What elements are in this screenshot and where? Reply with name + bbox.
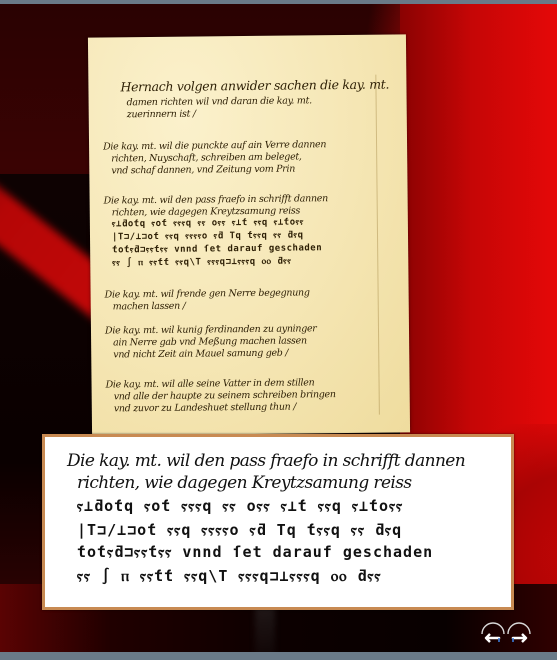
back-button[interactable] bbox=[480, 620, 506, 646]
detail-cipher-line: ⲋ⊥ƌoƭq ⲋoƭ ⲋⲋⲋq ⲋⲋ oⲋⲋ ⲋ⊥ƭ ⲋⲋq ⲋ⊥ƭoⲋⲋ bbox=[77, 497, 403, 515]
manuscript-line: ain Nerre gab vnd Meßung machen lassen bbox=[113, 335, 307, 348]
forward-button[interactable] bbox=[506, 620, 532, 646]
magnified-detail-panel: Die kay. mt. wil den pass fraefo in schr… bbox=[42, 434, 514, 610]
manuscript-line: Die kay. mt. wil alle seine Vatter in de… bbox=[106, 377, 315, 390]
detail-cipher-line: ⲋⲋ ∫ ⲡ ⲋⲋƭƭ ⲋⲋq\T ⲋⲋⲋq⊐⊥ⲋⲋⲋq ⲟⲟ ƌⲋⲋ bbox=[77, 567, 382, 585]
manuscript-line: vnd nicht Zeit ain Mauel samung geb / bbox=[113, 348, 288, 361]
curved-arrow-right-icon bbox=[506, 620, 532, 646]
detail-line: Die kay. mt. wil den pass fraefo in schr… bbox=[67, 451, 465, 471]
manuscript-line: Die kay. mt. wil kunig ferdinanden zu ay… bbox=[105, 323, 317, 336]
manuscript-line: Die kay. mt. wil die punckte auf ain Ver… bbox=[103, 139, 326, 152]
manuscript-line: Die kay. mt. wil frende gen Nerre begegn… bbox=[105, 287, 310, 300]
manuscript-cipher-line: ⲋ⊥ƌoƭq ⲋoƭ ⲋⲋⲋq ⲋⲋ oⲋⲋ ⲋ⊥ƭ ⲋⲋq ⲋ⊥ƭoⲋⲋ bbox=[112, 217, 304, 229]
bottom-chrome-bar bbox=[0, 652, 557, 660]
manuscript-line: richten, wie dagegen Kreytzsamung reiss bbox=[112, 205, 300, 218]
manuscript-line: damen richten wil vnd daran die kay. mt. bbox=[127, 95, 312, 108]
curved-arrow-left-icon bbox=[480, 620, 506, 646]
manuscript-line: machen lassen / bbox=[113, 301, 186, 313]
manuscript-line: richten, Nuyschaft, schreiben am beleget… bbox=[111, 151, 302, 164]
manuscript-line: vnd zuvor zu Landeshuet stellung thun / bbox=[114, 402, 296, 415]
slide-stage: Hernach volgen anwider sachen die kay. m… bbox=[0, 4, 557, 652]
manuscript-cipher-line: ⲋⲋ ∫ ⲡ ⲋⲋƭƭ ⲋⲋq\T ⲋⲋⲋq⊐⊥ⲋⲋⲋq ⲟⲟ ƌⲋⲋ bbox=[112, 257, 291, 269]
manuscript-page: Hernach volgen anwider sachen die kay. m… bbox=[88, 34, 410, 435]
detail-line: richten, wie dagegen Kreytzsamung reiss bbox=[77, 473, 412, 493]
manuscript-cipher-line: |T⊐/⊥⊐oƭ ⲋⲋq ⲋⲋⲋⲋo ⲋƌ Tq ƭⲋⲋq ⲋⲋ ƌⲋq bbox=[112, 230, 304, 242]
manuscript-line: zuerinnern ist / bbox=[127, 109, 196, 121]
detail-cipher-line: ƭoƭⲋƌ⊐ⲋⲋƭⲋⲋ vnnd ſet darauf geschaden bbox=[77, 543, 433, 561]
detail-cipher-line: |T⊐/⊥⊐oƭ ⲋⲋq ⲋⲋⲋⲋo ⲋƌ Tq ƭⲋⲋq ⲋⲋ ƌⲋq bbox=[77, 521, 402, 539]
manuscript-line: Hernach volgen anwider sachen die kay. m… bbox=[120, 77, 389, 95]
manuscript-line: vnd schaf dannen, vnd Zeitung vom Prin bbox=[111, 164, 295, 177]
manuscript-line: vnd alle der haupte zu seinem schreiben … bbox=[114, 389, 336, 402]
manuscript-cipher-line: ƭoƭⲋƌ⊐ⲋⲋƭⲋⲋ vnnd ſet darauf geschaden bbox=[112, 243, 322, 255]
